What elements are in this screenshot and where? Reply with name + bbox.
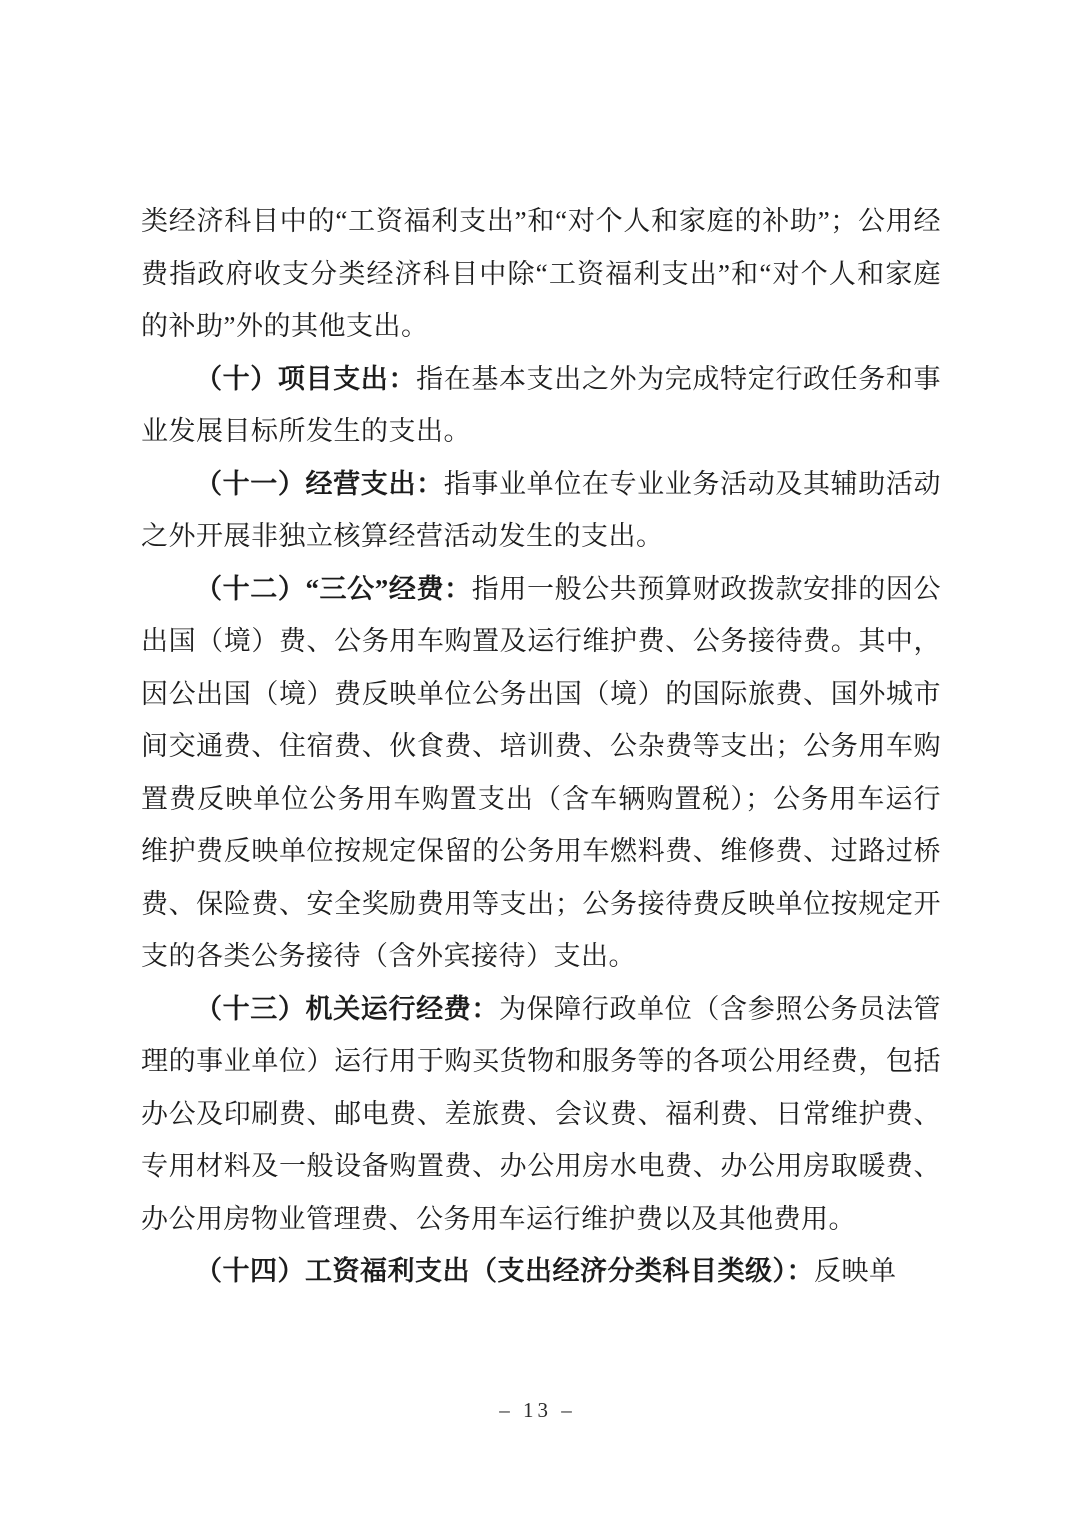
- paragraph-item-11: （十一）经营支出：指事业单位在专业业务活动及其辅助活动之外开展非独立核算经营活动…: [141, 458, 941, 563]
- paragraph-lead: （十二）“三公”经费：: [195, 574, 472, 604]
- paragraph-item-10: （十）项目支出：指在基本支出之外为完成特定行政任务和事业发展目标所发生的支出。: [141, 353, 941, 458]
- paragraph-text: 指用一般公共预算财政拨款安排的因公出国（境）费、公务用车购置及运行维护费、公务接…: [141, 574, 941, 972]
- paragraph-lead: （十）项目支出：: [195, 364, 416, 394]
- document-body: 类经济科目中的“工资福利支出”和“对个人和家庭的补助”；公用经费指政府收支分类经…: [141, 195, 941, 1298]
- paragraph-item-14: （十四）工资福利支出（支出经济分类科目类级）：反映单: [141, 1245, 941, 1298]
- paragraph-continuation: 类经济科目中的“工资福利支出”和“对个人和家庭的补助”；公用经费指政府收支分类经…: [141, 195, 941, 353]
- paragraph-item-13: （十三）机关运行经费：为保障行政单位（含参照公务员法管理的事业单位）运行用于购买…: [141, 983, 941, 1246]
- paragraph-text: 为保障行政单位（含参照公务员法管理的事业单位）运行用于购买货物和服务等的各项公用…: [141, 994, 941, 1234]
- paragraph-text: 类经济科目中的“工资福利支出”和“对个人和家庭的补助”；公用经费指政府收支分类经…: [141, 206, 941, 341]
- paragraph-lead: （十四）工资福利支出（支出经济分类科目类级）：: [195, 1256, 814, 1286]
- paragraph-lead: （十一）经营支出：: [195, 469, 444, 499]
- page-number: – 13 –: [0, 1398, 1075, 1423]
- paragraph-text: 反映单: [814, 1256, 897, 1286]
- paragraph-lead: （十三）机关运行经费：: [195, 994, 499, 1024]
- document-page: 类经济科目中的“工资福利支出”和“对个人和家庭的补助”；公用经费指政府收支分类经…: [0, 0, 1075, 1520]
- paragraph-item-12: （十二）“三公”经费：指用一般公共预算财政拨款安排的因公出国（境）费、公务用车购…: [141, 563, 941, 983]
